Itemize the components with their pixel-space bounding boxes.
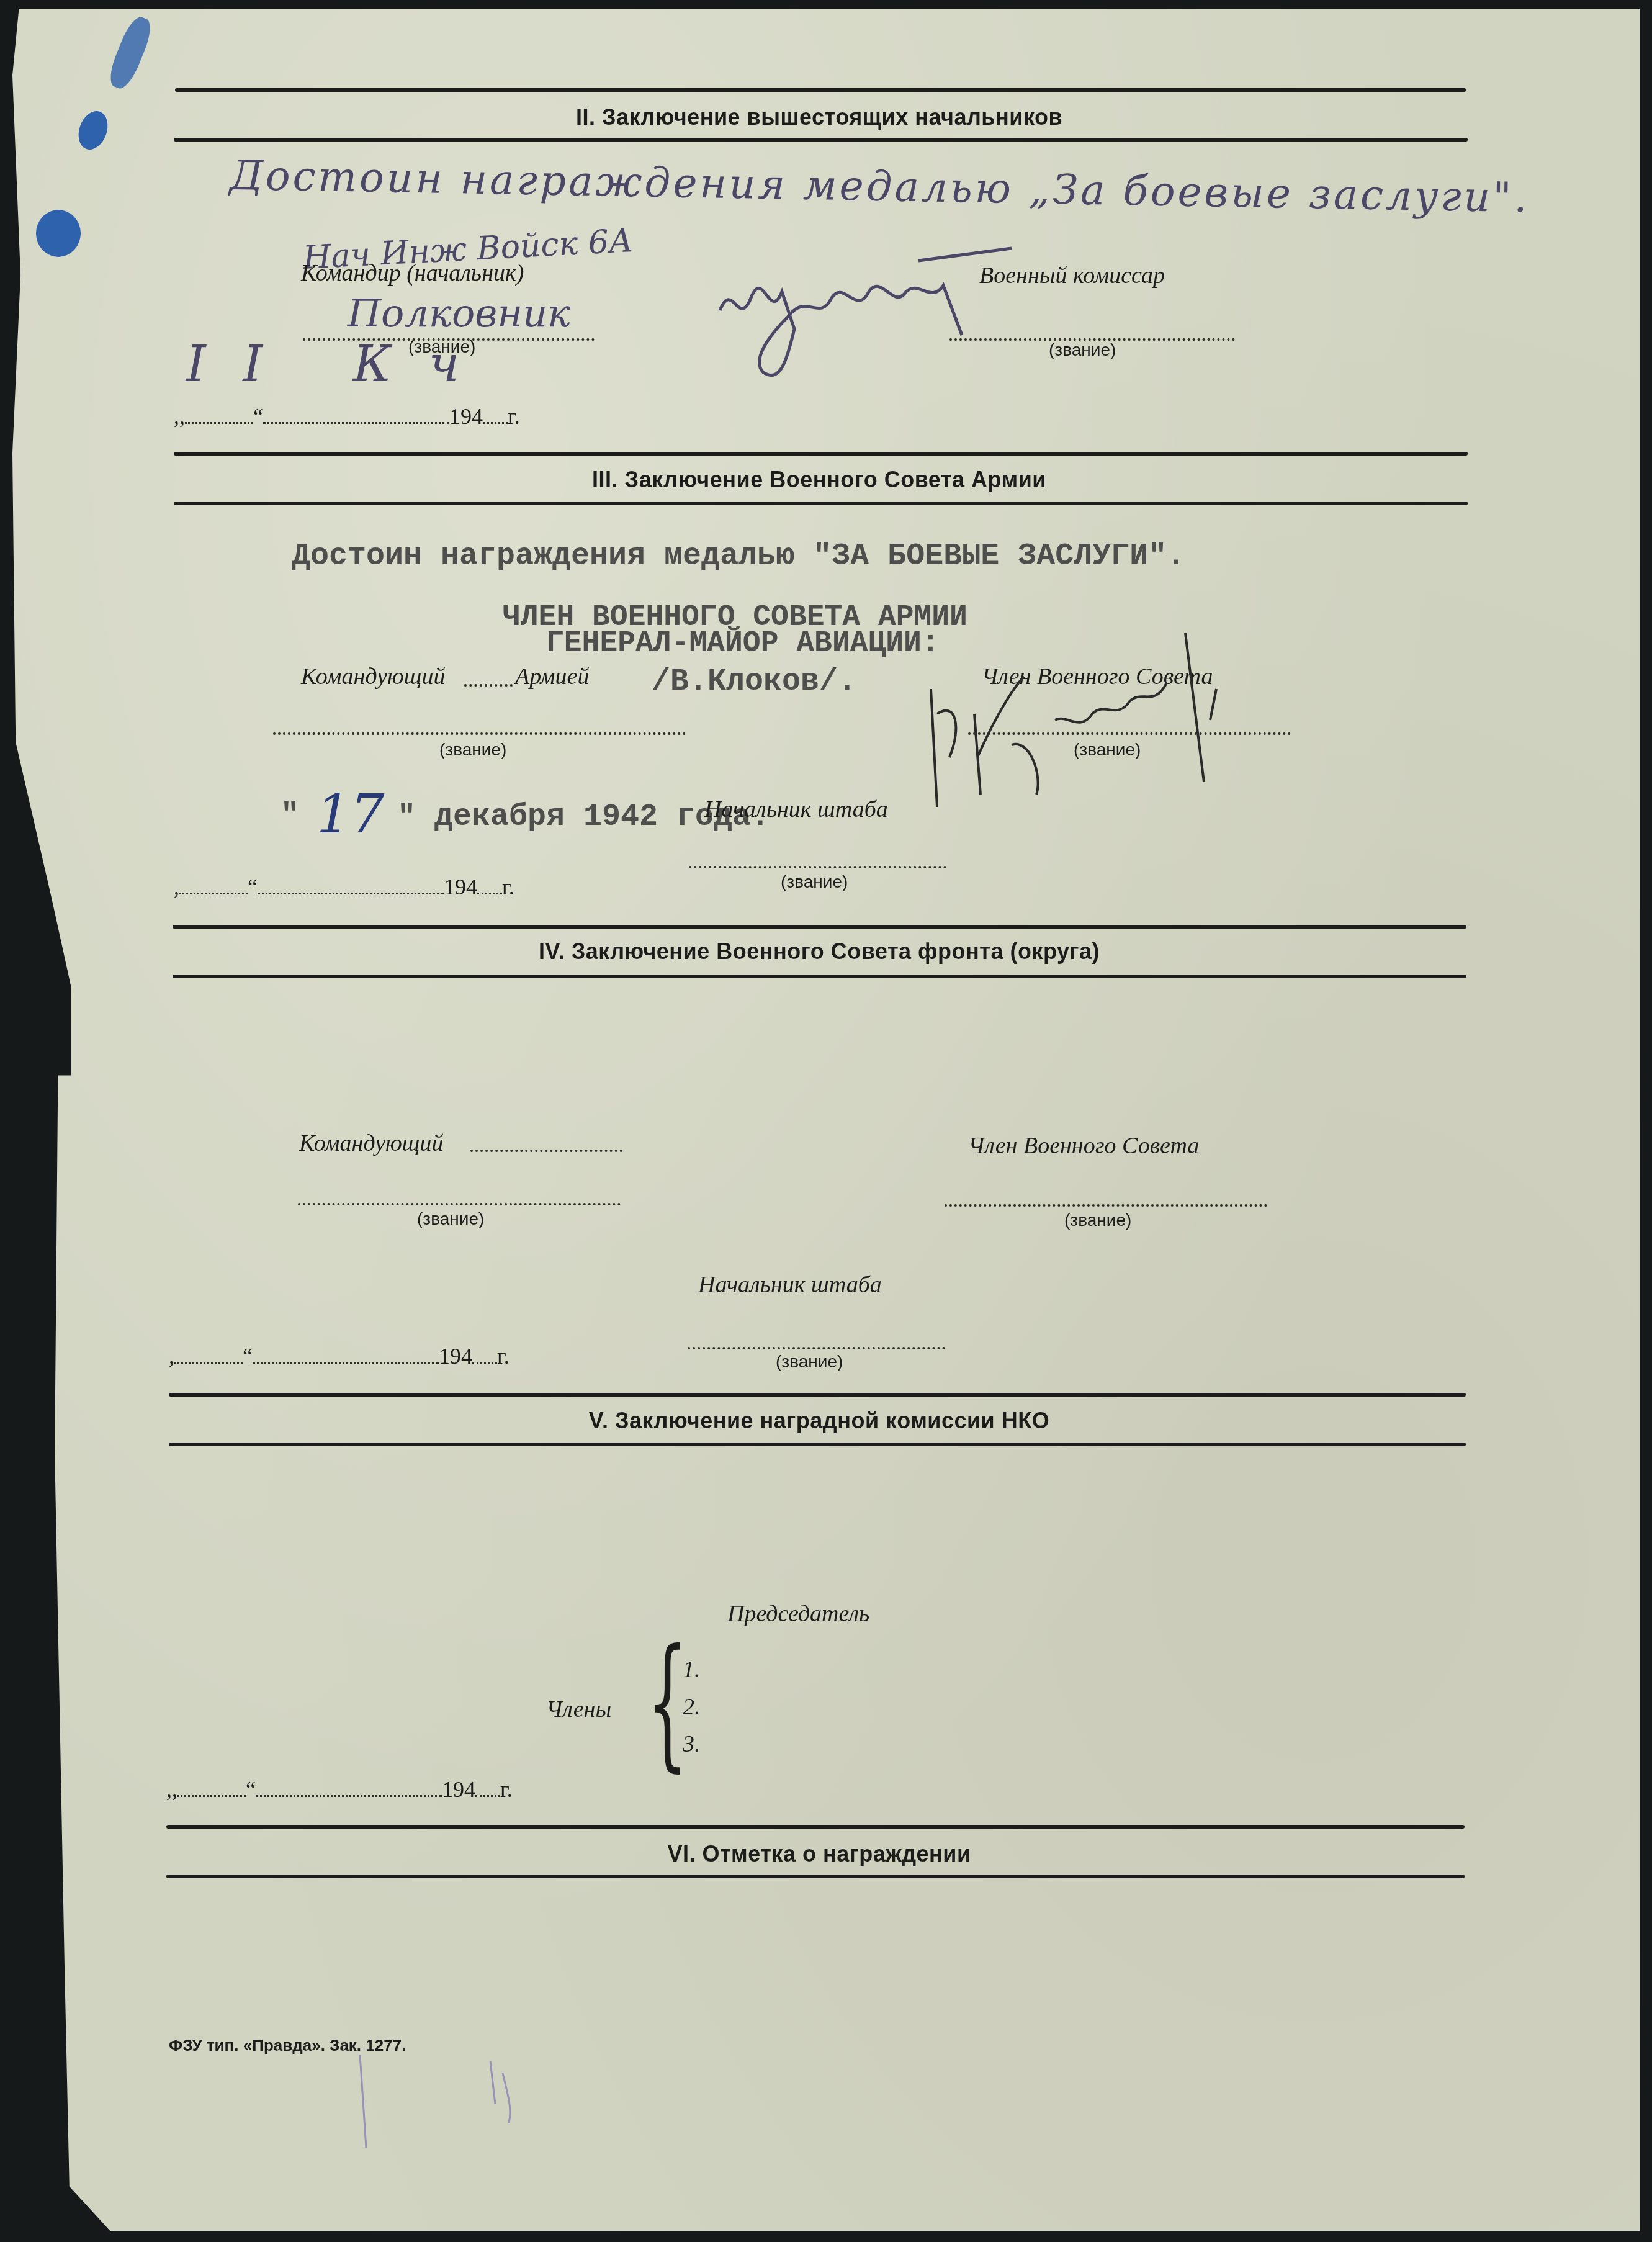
- section3-signature: [918, 621, 1316, 832]
- section4-commander-dots: [470, 1150, 622, 1152]
- section6-title: VI. Отметка о награждении: [174, 1841, 1465, 1867]
- footer-printer-mark: ФЗУ тип. «Правда». Зак. 1277.: [169, 2036, 406, 2055]
- section4-rank-caption-left: (звание): [417, 1209, 484, 1229]
- section3-title: III. Заключение Военного Совета Армии: [174, 467, 1465, 493]
- section5-chairman-label: Председатель: [727, 1600, 869, 1627]
- section5-member-2: 2.: [683, 1693, 701, 1721]
- section6-top-rule: [166, 1825, 1465, 1829]
- section3-date-line: ,“194г.: [174, 874, 514, 900]
- section6-bottom-rule: [166, 1875, 1465, 1878]
- section3-top-rule: [174, 452, 1468, 456]
- section5-top-rule: [169, 1393, 1466, 1397]
- section3-rank-line-right: [968, 732, 1291, 735]
- date-close-quote: “: [248, 875, 258, 899]
- section3-rank-caption-right: (звание): [1074, 740, 1141, 760]
- section4-chief-rank-caption: (звание): [776, 1352, 843, 1372]
- date-suffix: г.: [508, 404, 520, 429]
- section3-typed-date-open: ": [281, 798, 299, 833]
- date-year: 194: [449, 404, 483, 429]
- date-open-quote: ,,: [174, 404, 185, 429]
- section2-signature: [714, 242, 1098, 391]
- date-suffix: г.: [497, 1344, 510, 1369]
- section5-date-line: ,,“194г.: [166, 1776, 513, 1803]
- section5-member-3: 3.: [683, 1731, 701, 1758]
- section2-commander-label: Командир (начальник): [301, 259, 524, 287]
- section3-commander-label: Командующий: [301, 663, 446, 690]
- section5-bottom-rule: [169, 1443, 1466, 1446]
- section4-commander-label: Командующий: [299, 1130, 444, 1157]
- section3-handwritten-day: 17: [316, 783, 384, 845]
- date-suffix: г.: [502, 875, 514, 899]
- section4-member-label: Член Военного Совета: [968, 1132, 1199, 1159]
- section2-title: II. Заключение вышестоящих начальников: [174, 104, 1465, 130]
- section3-typed-conclusion: Достоин награждения медалью "ЗА БОЕВЫЕ З…: [292, 539, 1185, 574]
- section2-handwritten-rank: Полковник: [348, 290, 570, 336]
- section2-rank-caption-right: (звание): [1049, 340, 1116, 360]
- section5-title: V. Заключение наградной комиссии НКО: [174, 1408, 1465, 1434]
- section4-bottom-rule: [173, 975, 1466, 978]
- section4-rank-caption-right: (звание): [1064, 1210, 1131, 1230]
- date-open-quote: ,: [174, 875, 179, 899]
- section3-rank-caption-left: (звание): [439, 740, 506, 760]
- section4-chief-of-staff-label: Начальник штаба: [698, 1271, 882, 1299]
- date-close-quote: “: [243, 1344, 253, 1369]
- section2-top-rule: [175, 88, 1466, 92]
- section4-rank-line-left: [298, 1203, 621, 1205]
- section3-army-label: Армией: [515, 663, 589, 690]
- section2-date-line: ,,“194г.: [174, 403, 520, 430]
- section4-title: IV. Заключение Военного Совета фронта (о…: [174, 939, 1465, 965]
- section5-members-label: Члены: [546, 1696, 611, 1723]
- section4-date-line: ,“194г.: [169, 1343, 510, 1369]
- date-suffix: г.: [500, 1777, 513, 1802]
- section4-top-rule: [173, 925, 1466, 929]
- date-year: 194: [439, 1344, 472, 1369]
- section3-typed-signer-name: /В.Клоков/.: [652, 664, 856, 700]
- section5-members-brace: {: [647, 1631, 688, 1774]
- section3-chief-rank-caption: (звание): [781, 872, 848, 892]
- section3-typed-signer-line2: ГЕНЕРАЛ-МАЙОР АВИАЦИИ:: [546, 627, 940, 660]
- section3-chief-of-staff-label: Начальник штаба: [704, 796, 888, 823]
- section4-chief-rank-line: [688, 1347, 945, 1349]
- section2-bottom-rule: [174, 138, 1468, 142]
- date-year: 194: [442, 1777, 475, 1802]
- section5-member-1: 1.: [683, 1656, 701, 1683]
- section2-handwritten-note: II Кч: [186, 335, 496, 393]
- ink-blot-large: [36, 210, 81, 257]
- date-open-quote: ,,: [166, 1777, 177, 1802]
- faint-ink-marks: [298, 1999, 521, 2148]
- section3-chief-rank-line: [689, 866, 946, 868]
- section3-rank-line-left: [273, 732, 686, 735]
- date-close-quote: “: [246, 1777, 256, 1802]
- date-year: 194: [444, 875, 477, 899]
- section3-bottom-rule: [174, 502, 1468, 505]
- section4-rank-line-right: [945, 1204, 1267, 1207]
- date-close-quote: “: [253, 404, 263, 429]
- section3-army-dots: [464, 684, 513, 687]
- date-open-quote: ,: [169, 1344, 174, 1369]
